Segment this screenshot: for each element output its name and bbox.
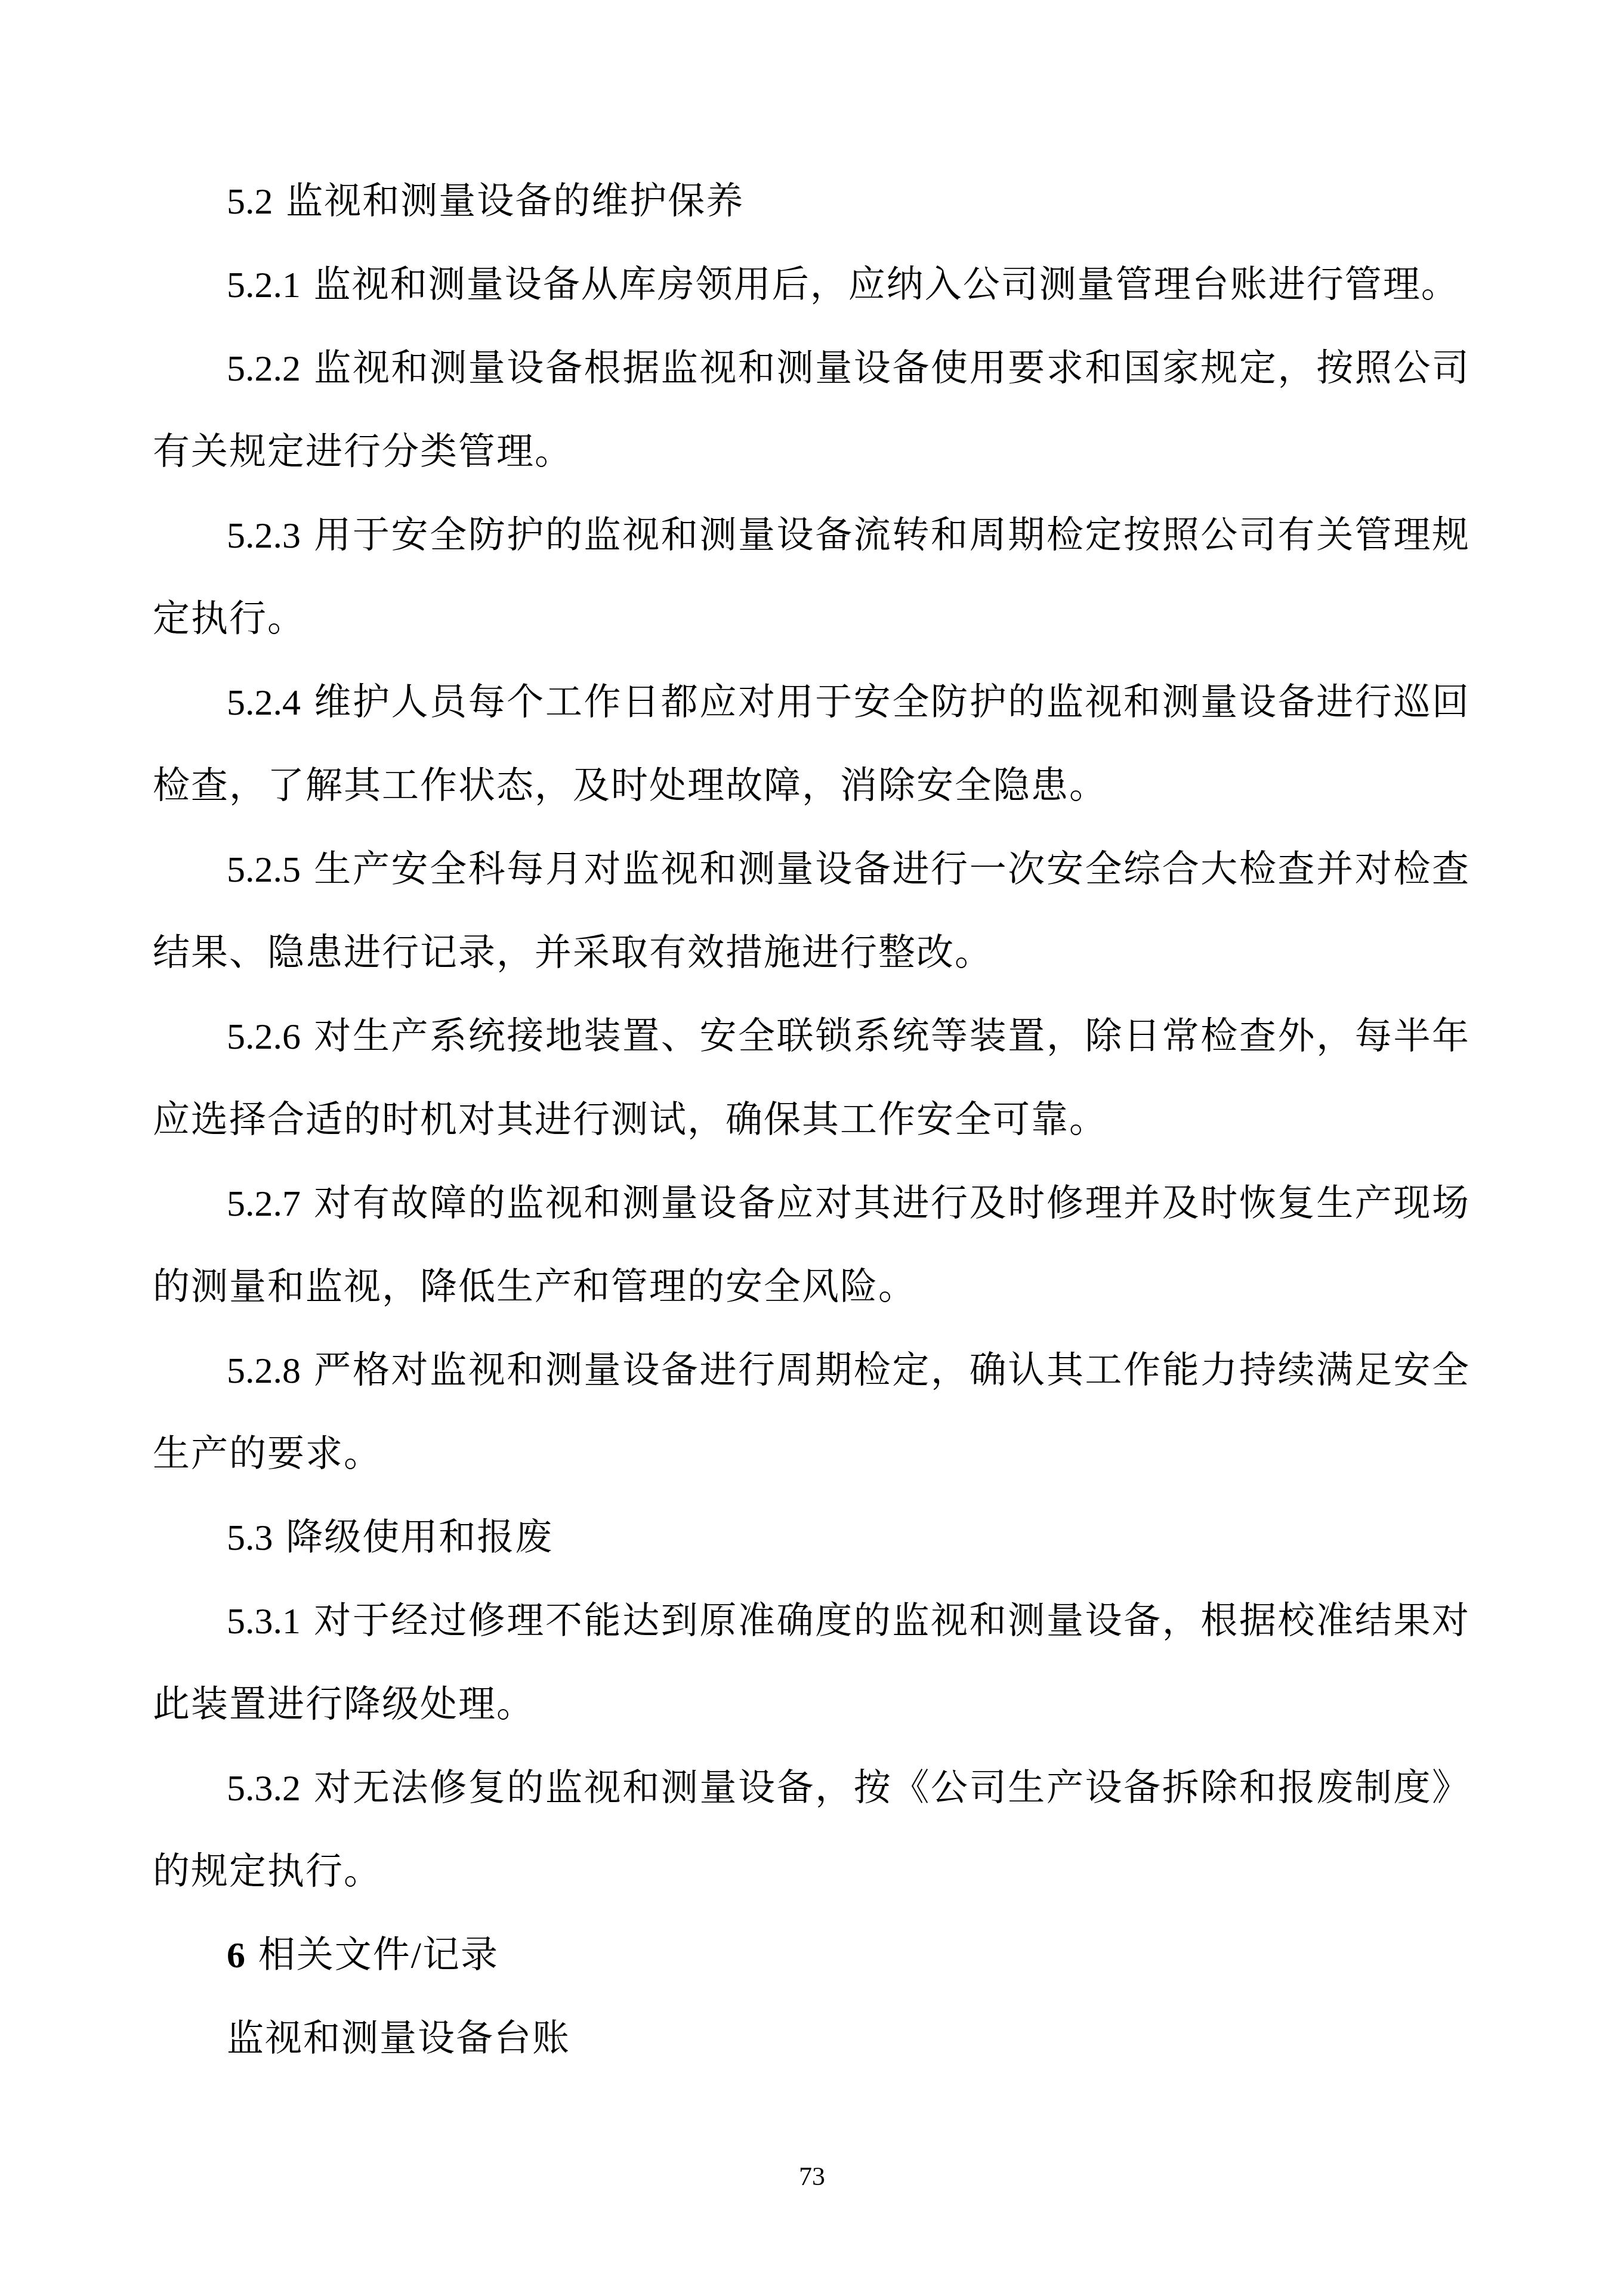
section-number: 5.2.1 (227, 265, 301, 305)
paragraph-text: 严格对监视和测量设备进行周期检定，确认其工作能力持续满足安全生产的要求。 (153, 1351, 1470, 1475)
paragraph-text: 对无法修复的监视和测量设备，按《公司生产设备拆除和报废制度》的规定执行。 (153, 1768, 1470, 1892)
paragraph-record-item: 监视和测量设备台账 (153, 1997, 1470, 2081)
section-heading-6: 6相关文件/记录 (153, 1914, 1470, 1997)
section-number: 5.2.8 (227, 1351, 301, 1391)
section-number: 5.3.1 (227, 1601, 301, 1642)
paragraph-5-2-5: 5.2.5生产安全科每月对监视和测量设备进行一次安全综合大检查并对检查结果、隐患… (153, 828, 1470, 995)
paragraph-text: 对生产系统接地装置、安全联锁系统等装置，除日常检查外，每半年应选择合适的时机对其… (153, 1016, 1470, 1141)
paragraph-5-3-2: 5.3.2对无法修复的监视和测量设备，按《公司生产设备拆除和报废制度》的规定执行… (153, 1747, 1470, 1914)
paragraph-text: 对有故障的监视和测量设备应对其进行及时修理并及时恢复生产现场的测量和监视，降低生… (153, 1183, 1470, 1308)
paragraph-5-2-3: 5.2.3用于安全防护的监视和测量设备流转和周期检定按照公司有关管理规定执行。 (153, 494, 1470, 661)
page-number: 73 (799, 2162, 825, 2191)
paragraph-text: 维护人员每个工作日都应对用于安全防护的监视和测量设备进行巡回检查，了解其工作状态… (153, 682, 1470, 806)
section-heading-5-2: 5.2监视和测量设备的维护保养 (153, 160, 1470, 243)
section-number: 5.2.3 (227, 515, 301, 556)
section-number: 5.2.5 (227, 849, 301, 890)
section-number: 5.2.4 (227, 682, 301, 723)
section-title-text: 相关文件/记录 (258, 1935, 499, 1976)
section-title-text: 监视和测量设备的维护保养 (286, 181, 744, 222)
paragraph-text: 监视和测量设备台账 (227, 2019, 570, 2059)
section-number: 5.2.6 (227, 1016, 301, 1057)
section-number: 5.3.2 (227, 1768, 301, 1809)
paragraph-text: 生产安全科每月对监视和测量设备进行一次安全综合大检查并对检查结果、隐患进行记录，… (153, 849, 1470, 974)
paragraph-5-2-6: 5.2.6对生产系统接地装置、安全联锁系统等装置，除日常检查外，每半年应选择合适… (153, 995, 1470, 1162)
paragraph-text: 监视和测量设备从库房领用后，应纳入公司测量管理台账进行管理。 (314, 265, 1459, 305)
section-number: 5.2 (227, 181, 273, 222)
document-body: 5.2监视和测量设备的维护保养 5.2.1监视和测量设备从库房领用后，应纳入公司… (153, 160, 1470, 2081)
paragraph-5-2-8: 5.2.8严格对监视和测量设备进行周期检定，确认其工作能力持续满足安全生产的要求… (153, 1329, 1470, 1496)
page-footer: 73 (0, 2164, 1624, 2190)
section-number: 5.2.2 (227, 348, 301, 389)
paragraph-text: 对于经过修理不能达到原准确度的监视和测量设备，根据校准结果对此装置进行降级处理。 (153, 1601, 1470, 1725)
section-heading-5-3: 5.3降级使用和报废 (153, 1496, 1470, 1580)
section-title-text: 降级使用和报废 (286, 1518, 553, 1558)
paragraph-5-2-1: 5.2.1监视和测量设备从库房领用后，应纳入公司测量管理台账进行管理。 (153, 243, 1470, 327)
document-page: 5.2监视和测量设备的维护保养 5.2.1监视和测量设备从库房领用后，应纳入公司… (0, 0, 1624, 2296)
paragraph-5-2-2: 5.2.2监视和测量设备根据监视和测量设备使用要求和国家规定，按照公司有关规定进… (153, 327, 1470, 494)
paragraph-5-2-4: 5.2.4维护人员每个工作日都应对用于安全防护的监视和测量设备进行巡回检查，了解… (153, 661, 1470, 828)
paragraph-5-2-7: 5.2.7对有故障的监视和测量设备应对其进行及时修理并及时恢复生产现场的测量和监… (153, 1162, 1470, 1329)
section-number: 5.3 (227, 1518, 273, 1558)
section-number: 6 (227, 1935, 245, 1976)
section-number: 5.2.7 (227, 1183, 301, 1224)
paragraph-text: 监视和测量设备根据监视和测量设备使用要求和国家规定，按照公司有关规定进行分类管理… (153, 348, 1470, 472)
paragraph-text: 用于安全防护的监视和测量设备流转和周期检定按照公司有关管理规定执行。 (153, 515, 1470, 639)
paragraph-5-3-1: 5.3.1对于经过修理不能达到原准确度的监视和测量设备，根据校准结果对此装置进行… (153, 1580, 1470, 1747)
